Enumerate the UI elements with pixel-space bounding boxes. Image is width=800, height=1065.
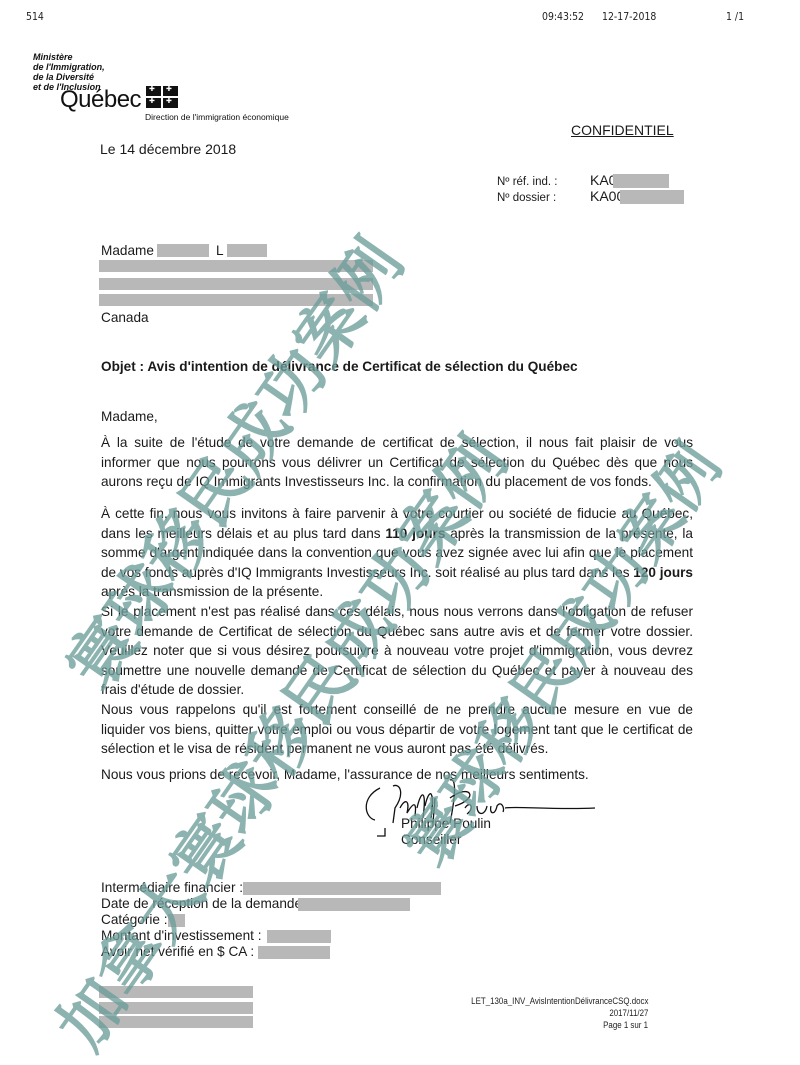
detail-category: Catégorie : [101,912,168,928]
paragraph-2: À cette fin, nous vous invitons à faire … [101,504,693,602]
redacted-block [99,1016,253,1028]
redacted-block [243,882,441,895]
dossier-label: Nº dossier : [497,192,556,204]
deadline-120-days: 120 jours [633,565,693,580]
redacted-block [227,244,267,257]
footer-version-date: 2017/11/27 [609,1008,648,1019]
confidential-label: CONFIDENTIEL [571,122,674,138]
fax-page: 1 /1 [726,10,744,23]
detail-investment-amount: Montant d'investissement : [101,928,262,944]
greeting: Madame, [101,407,158,427]
redacted-block [267,930,331,943]
paragraph-1: À la suite de l'étude de votre demande d… [101,433,693,492]
direction-name: Direction de l'immigration économique [145,112,289,122]
ministry-line: Ministère [33,52,105,62]
paragraph-2-text: après la transmission de la présente. [101,584,323,599]
quebec-logo-text: Québec [60,86,141,114]
detail-reception-date: Date de réception de la demande: [101,896,306,912]
letter-date: Le 14 décembre 2018 [100,141,236,157]
redacted-block [168,914,185,927]
fleur-de-lis-flag-icon [146,86,178,108]
ref-ind-label: Nº réf. ind. : [497,176,557,188]
fax-id: 514 [26,10,44,23]
detail-net-worth: Avoir net vérifié en $ CA : [101,944,254,960]
redacted-block [613,174,669,188]
redacted-block [99,986,253,998]
fax-date: 12-17-2018 [602,10,656,23]
recipient-country: Canada [101,308,149,328]
deadline-110-days: 110 jours [385,526,445,541]
fax-time: 09:43:52 [542,10,584,23]
redacted-address-line [99,294,373,306]
redacted-block [157,244,209,257]
redacted-block [620,190,684,204]
redacted-block [298,898,410,911]
footer-filename: LET_130a_INV_AvisIntentionDélivranceCSQ.… [471,996,648,1007]
redacted-block [258,946,330,959]
footer-page: Page 1 sur 1 [603,1020,648,1031]
ministry-line: de l'Immigration, [33,62,105,72]
redacted-address-line [99,260,373,272]
detail-financial-intermediary: Intermédiaire financier : [101,880,243,896]
recipient-initial: L [216,241,224,261]
redacted-block [99,1002,253,1014]
paragraph-3: Si le placement n'est pas réalisé dans c… [101,602,693,700]
subject-line: Objet : Avis d'intention de délivrance d… [101,357,578,377]
redacted-address-line [99,278,373,290]
signatory-title: Conseiller [401,830,461,850]
paragraph-4: Nous vous rappelons qu'il est fortement … [101,700,693,759]
recipient-salutation: Madame [101,241,154,261]
ministry-line: de la Diversité [33,72,105,82]
